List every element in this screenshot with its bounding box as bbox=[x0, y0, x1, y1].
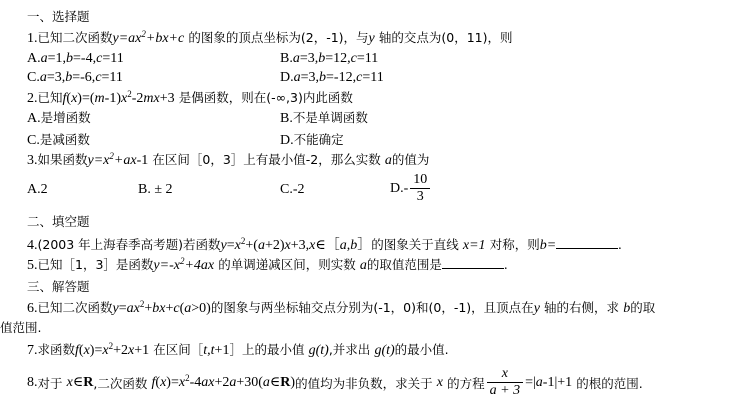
formula: y=x2+(a+2)x+3,x∈［a,b］ bbox=[221, 238, 372, 253]
section-title-answer: 三、解答题 bbox=[27, 278, 90, 296]
question-1: 1.已知二次函数y=ax2+bx+c 的图象的顶点坐标为(2，-1)，与y 轴的… bbox=[27, 29, 513, 48]
formula: y=x2+ax bbox=[88, 153, 137, 168]
rhs: =|a-1|+1 bbox=[525, 375, 572, 391]
formula: y=-x2+4ax bbox=[153, 258, 214, 273]
q1-option-b: B.a=3,b=12,c=11 bbox=[280, 50, 378, 68]
q2-option-d: D.不能确定 bbox=[280, 131, 344, 150]
q1-option-c: C.a=3,b=-6,c=11 bbox=[27, 69, 123, 87]
section-title-fill-blank: 二、填空题 bbox=[27, 213, 90, 231]
fraction: 103 bbox=[410, 172, 430, 205]
fraction: xa + 3 bbox=[487, 366, 523, 399]
question-number: 1. bbox=[27, 31, 38, 46]
q2-option-a: A.是增函数 bbox=[27, 109, 91, 128]
q2-option-b: B.不是单调函数 bbox=[280, 109, 368, 128]
q3-option-c: C.-2 bbox=[280, 181, 305, 199]
question-4: 4.(2003 年上海春季高考题)若函数y=x2+(a+2)x+3,x∈［a,b… bbox=[27, 236, 622, 255]
q3-option-d: D.-103 bbox=[390, 172, 432, 205]
formula: y=ax2+bx+c bbox=[113, 31, 185, 46]
condition: x∈R bbox=[67, 374, 94, 391]
question-3: 3.如果函数y=x2+ax-1 在区间［0，3］上有最小值-2，那么实数 a的值… bbox=[27, 151, 429, 170]
q3-option-b: B. ± 2 bbox=[138, 181, 173, 199]
question-8: 8.对于 x∈R,二次函数 f(x)=x2-4ax+2a+30(a∈R)的值均为… bbox=[27, 366, 643, 399]
formula: f(x)=x2-4ax+2a+30(a∈R) bbox=[152, 374, 296, 391]
q1-option-d: D.a=3,b=-12,c=11 bbox=[280, 69, 384, 87]
question-6: 6.已知二次函数y=ax2+bx+c(a>0)的图象与两坐标轴交点分别为(-1，… bbox=[27, 299, 655, 318]
q2-option-c: C.是减函数 bbox=[27, 131, 90, 150]
q3-option-a: A.2 bbox=[27, 181, 48, 199]
answer-blank bbox=[556, 236, 618, 249]
formula: f(x)=(m-1)x2-2mx+3 bbox=[63, 91, 175, 106]
formula: y=ax2+bx+c(a>0) bbox=[113, 301, 211, 316]
question-2: 2.已知f(x)=(m-1)x2-2mx+3 是偶函数，则在(-∞,3)内此函数 bbox=[27, 89, 353, 108]
question-7: 7.求函数f(x)=x2+2x+1 在区间［t,t+1］上的最小值 g(t),并… bbox=[27, 341, 449, 360]
answer-blank bbox=[442, 256, 504, 269]
q1-option-a: A.a=1,b=-4,c=11 bbox=[27, 50, 124, 68]
section-title-choice: 一、选择题 bbox=[27, 8, 90, 26]
formula: f(x)=x2+2x+1 bbox=[75, 343, 149, 358]
question-5: 5.已知［1，3］是函数y=-x2+4ax 的单调递减区间，则实数 a的取值范围… bbox=[27, 256, 507, 275]
question-6-continued: 值范围. bbox=[0, 319, 41, 337]
